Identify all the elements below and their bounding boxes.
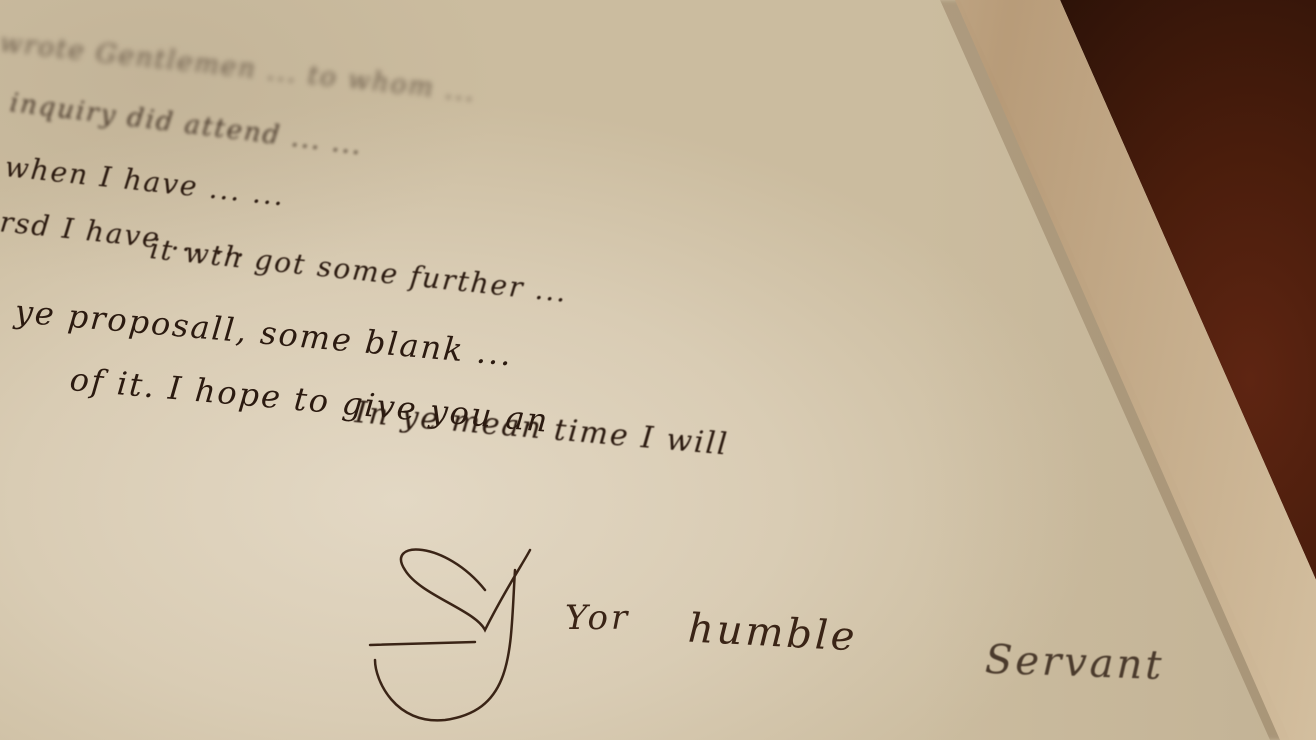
closing-yours: Yor bbox=[565, 598, 630, 638]
closing-humble: humble bbox=[687, 606, 859, 661]
signature-flourish bbox=[365, 530, 545, 730]
photo-scene: wrote Gentlemen ... to whom ... inquiry … bbox=[0, 0, 1316, 740]
closing-servant: Servant bbox=[984, 637, 1165, 689]
